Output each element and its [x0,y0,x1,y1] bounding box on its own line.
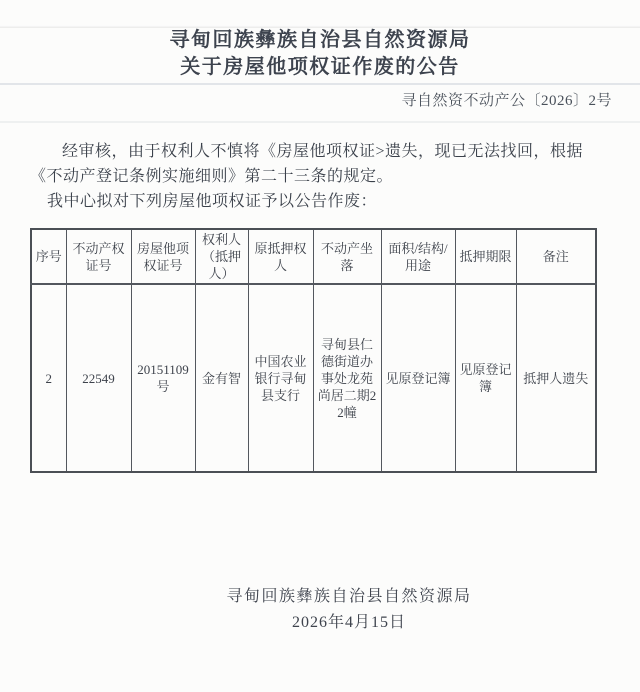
announcement-document: 寻甸回族彝族自治县自然资源局 关于房屋他项权证作废的公告 寻自然资不动产公〔20… [0,0,640,692]
body-paragraph1-line1: 经审核，由于权利人不慎将《房屋他项权证>遗失，现已无法找回，根据 [30,139,618,164]
cell-estate-cert-no: 22549 [66,284,131,472]
announcement-body: 经审核，由于权利人不慎将《房屋他项权证>遗失，现已无法找回，根据 《不动产登记条… [30,139,618,214]
header-cell-area-use: 面积/结构/用途 [381,229,455,284]
cell-seq: 2 [31,284,66,472]
header-cell-mortgage-term: 抵押期限 [455,229,516,284]
page-title: 寻甸回族彝族自治县自然资源局 关于房屋他项权证作废的公告 [0,27,640,81]
certificate-table: 序号 不动产权证号 房屋他项权证号 权利人（抵押人） 原抵押权人 不动产坐落 面… [30,228,597,473]
scan-artifact-line [0,121,640,123]
cell-house-cert-no: 20151109号 [131,284,195,472]
cell-area-use: 见原登记簿 [381,284,455,472]
document-number: 寻自然资不动产公〔2026〕2号 [401,89,612,110]
cell-mortgagee: 中国农业银行寻甸县支行 [248,284,313,472]
cell-location: 寻甸县仁德街道办事处龙苑尚居二期22幢 [313,284,381,472]
signature-block: 寻甸回族彝族自治县自然资源局 2026年4月15日 [58,586,640,634]
table-header-row: 序号 不动产权证号 房屋他项权证号 权利人（抵押人） 原抵押权人 不动产坐落 面… [31,229,596,284]
cell-remarks: 抵押人遗失 [516,284,596,472]
body-paragraph2: 我中心拟对下列房屋他项权证予以公告作废： [30,189,618,214]
page-title-line1: 寻甸回族彝族自治县自然资源局 [0,27,640,54]
header-cell-seq: 序号 [31,229,66,284]
cell-right-holder: 金有智 [195,284,248,472]
page-title-line2: 关于房屋他项权证作废的公告 [0,54,640,81]
cell-mortgage-term: 见原登记簿 [455,284,516,472]
header-cell-mortgagee: 原抵押权人 [248,229,313,284]
body-paragraph1-line2: 《不动产登记条例实施细则》第二十三条的规定。 [30,164,618,189]
table-row: 2 22549 20151109号 金有智 中国农业银行寻甸县支行 寻甸县仁德街… [31,284,596,472]
header-cell-location: 不动产坐落 [313,229,381,284]
header-cell-house-cert-no: 房屋他项权证号 [131,229,195,284]
signature-org: 寻甸回族彝族自治县自然资源局 [58,586,640,608]
scan-artifact-line [0,83,640,85]
header-cell-estate-cert-no: 不动产权证号 [66,229,131,284]
header-cell-right-holder: 权利人（抵押人） [195,229,248,284]
signature-date: 2026年4月15日 [58,612,640,634]
header-cell-remarks: 备注 [516,229,596,284]
